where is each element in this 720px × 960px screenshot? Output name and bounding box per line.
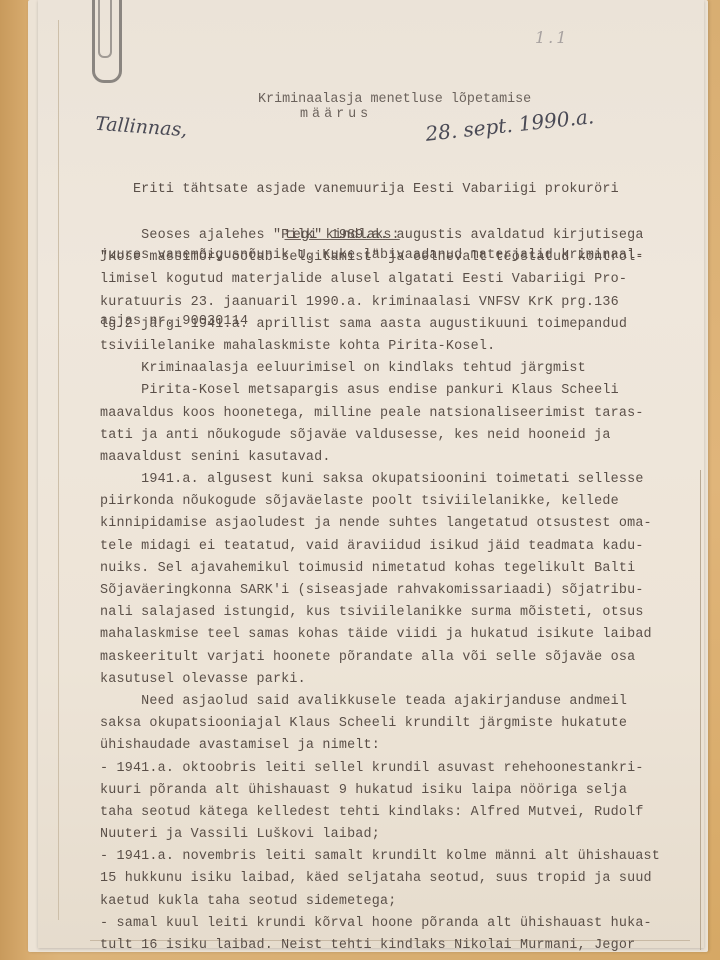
body-line: - 1941.a. novembris leiti samalt krundil…	[100, 846, 700, 868]
body-line: piirkonda nõukogude sõjaväelaste poolt t…	[100, 491, 700, 513]
body-line: "Kose massimõrv ootab selgitamist" ja ee…	[100, 247, 700, 269]
body-line: 15 hukkunu isiku laibad, käed seljataha …	[100, 868, 700, 890]
document-title: Kriminaalasja menetluse lõpetamise	[258, 92, 531, 107]
body-line: - 1941.a. oktoobris leiti sellel krundil…	[100, 758, 700, 780]
body-line: nali salajased istungid, kus tsiviilelan…	[100, 602, 700, 624]
body-line: kaetud kukla taha seotud sidemetega;	[100, 891, 700, 913]
body-line: tsiviilelanike mahalaskmiste kohta Pirit…	[100, 336, 700, 358]
body-line: kuratuuris 23. jaanuaril 1990.a. krimina…	[100, 292, 700, 314]
body-line: Pirita-Kosel metsapargis asus endise pan…	[100, 380, 700, 402]
page-edge	[700, 470, 707, 950]
body-line: tati ja anti nõukogude sõjaväe valdusess…	[100, 425, 700, 447]
body-line: Sõjaväeringkonna SARK'i (siseasjade rahv…	[100, 580, 700, 602]
body-line: taha seotud kätega kelledest tehti kindl…	[100, 802, 700, 824]
body-line: saksa okupatsiooniajal Klaus Scheeli kru…	[100, 713, 700, 735]
body-line: kasutusel olevasse parki.	[100, 669, 700, 691]
body-line: kuuri põranda alt ühishauast 9 hukatud i…	[100, 780, 700, 802]
paperclip-inner-icon	[98, 0, 112, 58]
body-line: limisel kogutud materjalide alusel algat…	[100, 269, 700, 291]
body-line: Kriminaalasja eeluurimisel on kindlaks t…	[100, 358, 700, 380]
body-line: - samal kuul leiti krundi kõrval hoone p…	[100, 913, 700, 935]
document-subtitle: määrus	[300, 107, 372, 122]
body-line: ühishaudade avastamisel ja nimelt:	[100, 735, 700, 757]
intro-line: Eriti tähtsate asjade vanemuurija Eesti …	[100, 179, 700, 201]
body-line: 1941.a. algusest kuni saksa okupatsiooni…	[100, 469, 700, 491]
body-line: maskeeritult varjati hoonete põrandate a…	[100, 647, 700, 669]
page-fold	[40, 20, 59, 920]
body-line: tele midagi ei teatatud, vaid äraviidud …	[100, 536, 700, 558]
body-line: Seoses ajalehes "Pilk" 1989.a. augustis …	[100, 225, 700, 247]
body-line: mahalaskmise teel samas kohas täide viid…	[100, 624, 700, 646]
body-line: maavaldus koos hoonetega, milline peale …	[100, 403, 700, 425]
body-line: kinnipidamise asjaoludest ja nende suhte…	[100, 513, 700, 535]
body-line: lg.2 järgi 1941.a. aprillist sama aasta …	[100, 314, 700, 336]
body-line: nuiks. Sel ajavahemikul toimusid nimetat…	[100, 558, 700, 580]
body-line: Need asjaolud said avalikkusele teada aj…	[100, 691, 700, 713]
body-text: Seoses ajalehes "Pilk" 1989.a. augustis …	[100, 225, 700, 957]
body-line: tult 16 isiku laibad. Neist tehti kindla…	[100, 935, 700, 957]
body-line: Nuuteri ja Vassili Luškovi laibad;	[100, 824, 700, 846]
body-line: maavaldust senini kasutavad.	[100, 447, 700, 469]
page-number-note: 1.1	[535, 28, 569, 47]
